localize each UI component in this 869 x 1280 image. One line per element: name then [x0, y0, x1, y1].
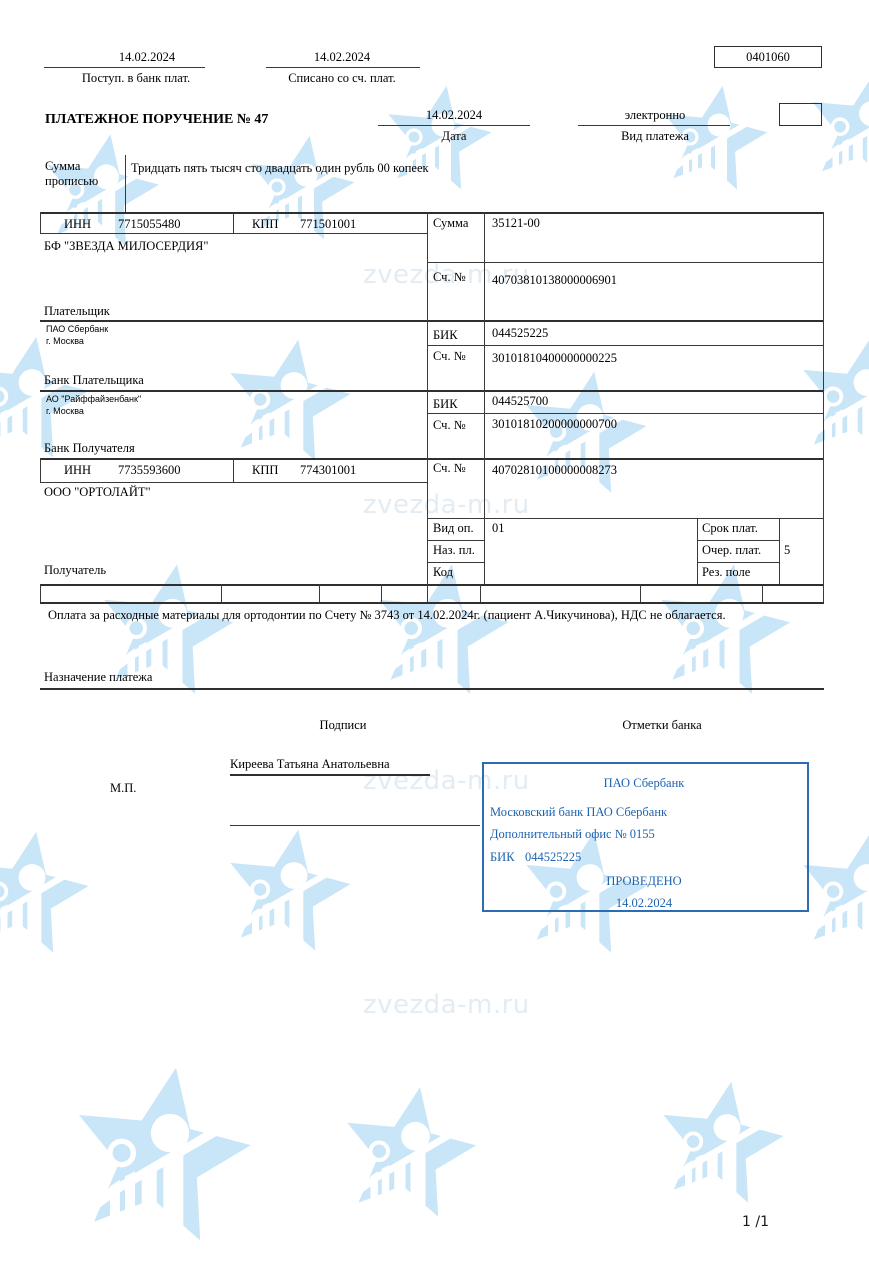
payee-name: ООО "ОРТОЛАЙТ"	[44, 485, 151, 499]
divider-line	[125, 155, 126, 212]
divider-line	[578, 125, 730, 126]
amount-in-words: Тридцать пять тысяч сто двадцать один ру…	[131, 161, 429, 175]
payee-bank-corr-label: Сч. №	[433, 418, 466, 432]
payee-bank-city: г. Москва	[46, 406, 84, 417]
signer-name: Киреева Татьяна Анатольевна	[230, 757, 390, 771]
table-line	[427, 345, 824, 346]
table-line	[779, 518, 780, 584]
table-line	[427, 518, 824, 519]
amount-words-label: Сумма	[45, 159, 80, 173]
table-line	[697, 562, 779, 563]
table-line	[427, 562, 484, 563]
payee-account: 40702810100000008273	[492, 463, 617, 477]
divider-line	[44, 67, 205, 68]
table-line	[427, 212, 428, 602]
table-line	[40, 212, 41, 233]
payee-bank-corr-account: 30101810200000000700	[492, 417, 617, 431]
payer-bank-name: ПАО Сбербанк	[46, 324, 108, 335]
watermark-star-pattern	[0, 0, 869, 1280]
table-line	[40, 458, 824, 460]
debited-from-account-label: Списано со сч. плат.	[288, 71, 396, 85]
stamp-date: 14.02.2024	[616, 896, 672, 910]
payer-name: БФ "ЗВЕЗДА МИЛОСЕРДИЯ"	[44, 239, 208, 253]
payee-bank-bik: 044525700	[492, 394, 548, 408]
signatures-title: Подписи	[320, 718, 367, 732]
table-line	[221, 584, 222, 602]
table-line	[40, 602, 824, 604]
payee-bank-name: АО "Райффайзенбанк"	[46, 394, 141, 405]
stamp-bik-label: БИК	[490, 850, 515, 864]
seal-place-label: М.П.	[110, 781, 136, 795]
table-line	[233, 212, 234, 233]
payer-label: Плательщик	[44, 304, 110, 318]
stamp-bank-name: ПАО Сбербанк	[604, 776, 685, 790]
purpose-code-label: Наз. пл.	[433, 543, 475, 557]
divider-line	[378, 125, 530, 126]
watermark-text: zvezda-m.ru	[363, 490, 530, 520]
payer-account: 40703810138000006901	[492, 273, 617, 287]
payee-label: Получатель	[44, 563, 106, 577]
received-in-bank-label: Поступ. в банк плат.	[82, 71, 190, 85]
payment-purpose-label: Назначение платежа	[44, 670, 152, 684]
table-line	[697, 540, 779, 541]
priority-value: 5	[784, 543, 790, 557]
watermark-text: zvezda-m.ru	[363, 990, 530, 1020]
payee-bank-bik-label: БИК	[433, 397, 458, 411]
divider-line	[266, 67, 420, 68]
signature-line	[230, 825, 480, 826]
op-kind-value: 01	[492, 521, 505, 535]
payer-bank-label: Банк Плательщика	[44, 373, 144, 387]
document-title: ПЛАТЕЖНОЕ ПОРУЧЕНИЕ № 47	[45, 112, 268, 128]
payer-inn-label: ИНН	[64, 217, 91, 231]
payer-account-label: Сч. №	[433, 270, 466, 284]
document-date: 14.02.2024	[426, 108, 482, 122]
table-line	[484, 212, 485, 584]
stamp-bik: 044525225	[525, 850, 581, 864]
code-label: Код	[433, 565, 453, 579]
table-line	[427, 262, 824, 263]
table-line	[427, 413, 824, 414]
table-line	[40, 482, 427, 483]
table-line	[823, 212, 824, 602]
table-line	[762, 584, 763, 602]
payee-inn-label: ИНН	[64, 463, 91, 477]
table-line	[40, 584, 41, 602]
payer-inn: 7715055480	[118, 217, 181, 231]
op-kind-label: Вид оп.	[433, 521, 474, 535]
payer-bank-corr-account: 30101810400000000225	[492, 351, 617, 365]
payment-kind-label: Вид платежа	[621, 129, 689, 143]
page-number: 1 /1	[742, 1214, 769, 1230]
payer-bank-city: г. Москва	[46, 336, 84, 347]
amount-value: 35121-00	[492, 216, 540, 230]
table-line	[40, 320, 824, 322]
table-line	[40, 688, 824, 690]
table-line	[480, 584, 481, 602]
table-line	[697, 518, 698, 584]
payment-order-document: zvezda-m.ru zvezda-m.ru zvezda-m.ru zvez…	[0, 0, 869, 1280]
table-line	[40, 390, 824, 392]
table-line	[40, 233, 427, 234]
payee-inn: 7735593600	[118, 463, 181, 477]
table-line	[640, 584, 641, 602]
payment-kind-value: электронно	[625, 108, 686, 122]
payer-kpp-label: КПП	[252, 217, 278, 231]
table-line	[319, 584, 320, 602]
payment-purpose-text: Оплата за расходные материалы для ортодо…	[48, 608, 726, 622]
payee-bank-label: Банк Получателя	[44, 441, 135, 455]
payer-bank-bik: 044525225	[492, 326, 548, 340]
payee-kpp-label: КПП	[252, 463, 278, 477]
table-line	[40, 458, 41, 482]
amount-words-label: прописью	[45, 174, 98, 188]
stamp-office: Дополнительный офис № 0155	[490, 827, 655, 841]
table-line	[40, 584, 824, 586]
payer-bank-bik-label: БИК	[433, 328, 458, 342]
due-date-label: Срок плат.	[702, 521, 758, 535]
table-line	[233, 458, 234, 482]
table-line	[381, 584, 382, 602]
date-label: Дата	[442, 129, 467, 143]
received-in-bank-date: 14.02.2024	[119, 50, 175, 64]
reserve-field-label: Рез. поле	[702, 565, 750, 579]
payer-bank-corr-label: Сч. №	[433, 349, 466, 363]
amount-label: Сумма	[433, 216, 468, 230]
payee-account-label: Сч. №	[433, 461, 466, 475]
form-code: 0401060	[746, 50, 790, 64]
payer-kpp: 771501001	[300, 217, 356, 231]
bank-marks-title: Отметки банка	[622, 718, 701, 732]
signature-line	[230, 774, 430, 776]
debited-from-account-date: 14.02.2024	[314, 50, 370, 64]
table-line	[427, 540, 484, 541]
status-code-box	[779, 103, 822, 126]
stamp-branch: Московский банк ПАО Сбербанк	[490, 805, 667, 819]
priority-label: Очер. плат.	[702, 543, 761, 557]
table-line	[40, 212, 824, 214]
stamp-status: ПРОВЕДЕНО	[606, 874, 681, 888]
payee-kpp: 774301001	[300, 463, 356, 477]
